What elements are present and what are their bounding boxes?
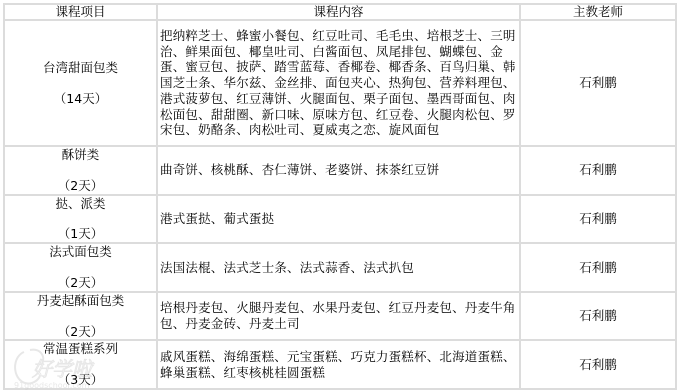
header-content: 课程内容: [157, 4, 520, 20]
teacher-cell: 石利鹏: [520, 340, 676, 389]
content-cell: 戚风蛋糕、海绵蛋糕、元宝蛋糕、巧克力蛋糕杯、北海道蛋糕、蜂巢蛋糕、红枣核桃桂圆蛋…: [157, 340, 520, 389]
table-row: 法式面包类 （2天） 法国法棍、法式芝士条、法式蒜香、法式扒包 石利鹏: [4, 243, 676, 292]
project-name: 台湾甜面包类: [7, 60, 154, 76]
table-header-row: 课程项目 课程内容 主教老师: [4, 4, 676, 20]
project-name: 法式面包类: [7, 244, 154, 260]
project-cell: 法式面包类 （2天）: [4, 243, 157, 292]
header-project: 课程项目: [4, 4, 157, 20]
table-row: 台湾甜面包类 （14天） 把纳粹芝士、蜂蜜小餐包、红豆吐司、毛毛虫、培根芝士、三…: [4, 20, 676, 146]
header-teacher: 主教老师: [520, 4, 676, 20]
project-duration: （2天）: [7, 178, 154, 194]
teacher-cell: 石利鹏: [520, 195, 676, 244]
project-duration: （14天）: [7, 91, 154, 107]
project-name: 丹麦起酥面包类: [7, 293, 154, 309]
project-duration: （1天）: [7, 226, 154, 242]
teacher-cell: 石利鹏: [520, 146, 676, 195]
project-cell: 挞、派类 （1天）: [4, 195, 157, 244]
project-name: 常温蛋糕系列: [7, 341, 154, 357]
teacher-cell: 石利鹏: [520, 243, 676, 292]
content-cell: 港式蛋挞、葡式蛋挞: [157, 195, 520, 244]
content-cell: 把纳粹芝士、蜂蜜小餐包、红豆吐司、毛毛虫、培根芝士、三明治、鲜果面包、椰皇吐司、…: [157, 20, 520, 146]
project-duration: （2天）: [7, 324, 154, 340]
project-name: 挞、派类: [7, 196, 154, 212]
project-duration: （3天）: [7, 372, 154, 388]
table-row: 酥饼类 （2天） 曲奇饼、核桃酥、杏仁薄饼、老婆饼、抹茶红豆饼 石利鹏: [4, 146, 676, 195]
teacher-cell: 石利鹏: [520, 292, 676, 341]
table-row: 丹麦起酥面包类 （2天） 培根丹麦包、火腿丹麦包、水果丹麦包、红豆丹麦包、丹麦牛…: [4, 292, 676, 341]
project-cell: 常温蛋糕系列 （3天）: [4, 340, 157, 389]
table-row: 常温蛋糕系列 （3天） 戚风蛋糕、海绵蛋糕、元宝蛋糕、巧克力蛋糕杯、北海道蛋糕、…: [4, 340, 676, 389]
course-table: 课程项目 课程内容 主教老师 台湾甜面包类 （14天） 把纳粹芝士、蜂蜜小餐包、…: [3, 3, 677, 390]
project-duration: （2天）: [7, 275, 154, 291]
content-cell: 培根丹麦包、火腿丹麦包、水果丹麦包、红豆丹麦包、丹麦牛角包、丹麦金砖、丹麦土司: [157, 292, 520, 341]
content-cell: 曲奇饼、核桃酥、杏仁薄饼、老婆饼、抹茶红豆饼: [157, 146, 520, 195]
project-cell: 台湾甜面包类 （14天）: [4, 20, 157, 146]
content-cell: 法国法棍、法式芝士条、法式蒜香、法式扒包: [157, 243, 520, 292]
project-cell: 酥饼类 （2天）: [4, 146, 157, 195]
project-cell: 丹麦起酥面包类 （2天）: [4, 292, 157, 341]
teacher-cell: 石利鹏: [520, 20, 676, 146]
table-row: 挞、派类 （1天） 港式蛋挞、葡式蛋挞 石利鹏: [4, 195, 676, 244]
project-name: 酥饼类: [7, 147, 154, 163]
